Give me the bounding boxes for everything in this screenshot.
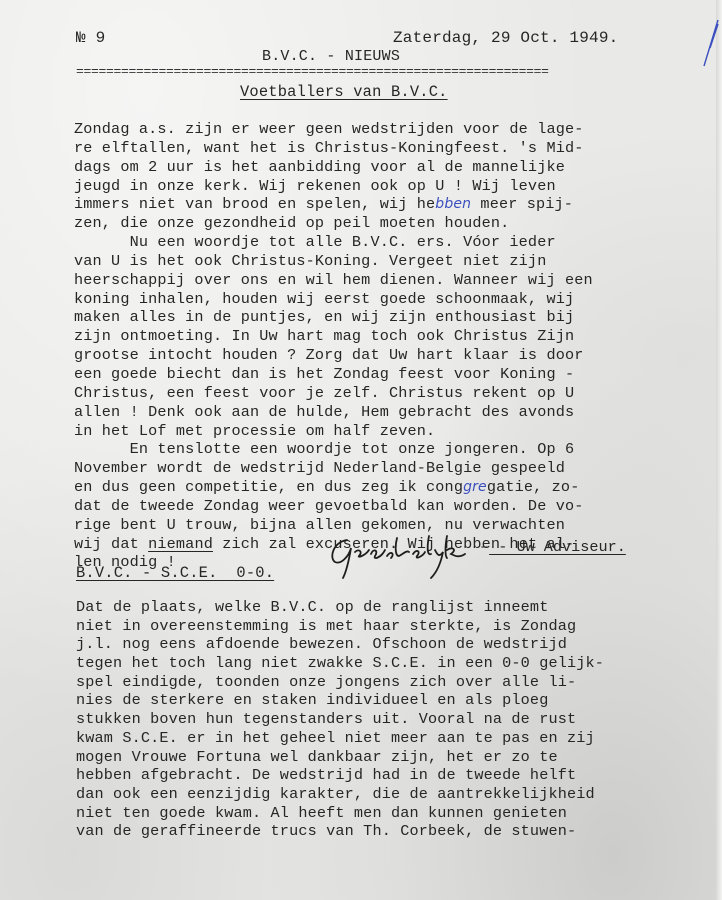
text-fragment: immers niet van brood en spelen, wij he — [74, 195, 435, 213]
text-line: niet in overeenstemming is met haar ster… — [76, 617, 604, 636]
underlined-word: niemand — [148, 535, 213, 553]
handwritten-signature: Geestelijk — [325, 532, 475, 580]
text-line: spel eindigde, toonden onze jongens zich… — [76, 673, 604, 692]
text-line: van de geraffineerde trucs van Th. Corbe… — [76, 822, 604, 841]
text-line: grootse intocht houden ? Zorg dat Uw har… — [74, 346, 593, 365]
signature-dash: – — [480, 538, 489, 556]
text-fragment: wij dat — [74, 535, 148, 553]
text-line: in het Lof met processie om half zeven. — [74, 422, 593, 441]
text-line: hebben afgebracht. De wedstrijd had in d… — [76, 766, 604, 785]
text-line: allen ! Denk ook aan de hulde, Hem gebra… — [74, 403, 593, 422]
text-line: kwam S.C.E. er in het geheel niet meer a… — [76, 729, 604, 748]
text-line: een goede biecht dan is het Zondag feest… — [74, 365, 593, 384]
handwritten-correction: gre — [463, 479, 487, 495]
text-line: stukken boven hun tegenstanders uit. Voo… — [76, 710, 604, 729]
paper-edge — [716, 0, 722, 900]
issue-number: № 9 — [76, 30, 105, 46]
handwritten-correction: bben — [435, 196, 471, 212]
text-line: dags om 2 uur is het aanbidding voor al … — [74, 158, 593, 177]
text-line: dat de tweede Zondag weer gevoetbald kan… — [74, 497, 593, 516]
text-fragment: gatie, zo- — [487, 478, 580, 496]
pen-stroke-mark — [700, 18, 720, 78]
section2-body: Dat de plaats, welke B.V.C. op de rangli… — [76, 598, 604, 841]
newsletter-title: B.V.C. - NIEUWS — [262, 49, 400, 65]
text-line: zen, die onze gezondheid op peil moeten … — [74, 214, 593, 233]
header-divider: ========================================… — [76, 64, 549, 80]
text-line: dan ook een eenzijdig karakter, die de a… — [76, 785, 604, 804]
text-line: koning inhalen, houden wij eerst goede s… — [74, 290, 593, 309]
text-line: immers niet van brood en spelen, wij heb… — [74, 195, 593, 214]
text-line: zijn ontmoeting. In Uw hart mag toch ook… — [74, 327, 593, 346]
text-line: nies de sterkere en staken individueel e… — [76, 691, 604, 710]
text-line: jeugd in onze kerk. Wij rekenen ook op U… — [74, 177, 593, 196]
issue-date: Zaterdag, 29 Oct. 1949. — [393, 30, 618, 46]
text-line: Zondag a.s. zijn er weer geen wedstrijde… — [74, 120, 593, 139]
text-line: en dus geen competitie, en dus zeg ik co… — [74, 478, 593, 497]
text-line: j.l. nog eens afdoende bewezen. Ofschoon… — [76, 635, 604, 654]
newsletter-page: № 9 Zaterdag, 29 Oct. 1949. B.V.C. - NIE… — [0, 0, 722, 900]
section1-body: Zondag a.s. zijn er weer geen wedstrijde… — [74, 120, 593, 572]
text-line: re elftallen, want het is Christus-Konin… — [74, 139, 593, 158]
text-line: En tenslotte een woordje tot onze jonger… — [74, 440, 593, 459]
text-line: Dat de plaats, welke B.V.C. op de rangli… — [76, 598, 604, 617]
text-line: van U is het ook Christus-Koning. Vergee… — [74, 252, 593, 271]
text-line: Christus, een feest voor je zelf. Christ… — [74, 384, 593, 403]
text-fragment: en dus geen competitie, en dus zeg ik co… — [74, 478, 463, 496]
signature-typed: – - Uw Adviseur. — [480, 538, 626, 556]
text-line: Nu een woordje tot alle B.V.C. ers. Vóor… — [74, 233, 593, 252]
text-line: heerschappij over ons en wil hem dienen.… — [74, 271, 593, 290]
adviser-label: - Uw Adviseur. — [489, 538, 626, 556]
section-title-match-result: B.V.C. - S.C.E. 0-0. — [76, 565, 274, 581]
text-line: tegen het toch lang niet zwakke S.C.E. i… — [76, 654, 604, 673]
section-title-voetballers: Voetballers van B.V.C. — [240, 84, 448, 100]
text-line: November wordt de wedstrijd Nederland-Be… — [74, 459, 593, 478]
text-line: niet ten goede kwam. Al heeft men dan ku… — [76, 804, 604, 823]
text-line: maken alles in de puntjes, en wij zijn e… — [74, 308, 593, 327]
text-line: mogen Vrouwe Fortuna wel dankbaar zijn, … — [76, 748, 604, 767]
text-fragment: meer spij- — [471, 195, 573, 213]
